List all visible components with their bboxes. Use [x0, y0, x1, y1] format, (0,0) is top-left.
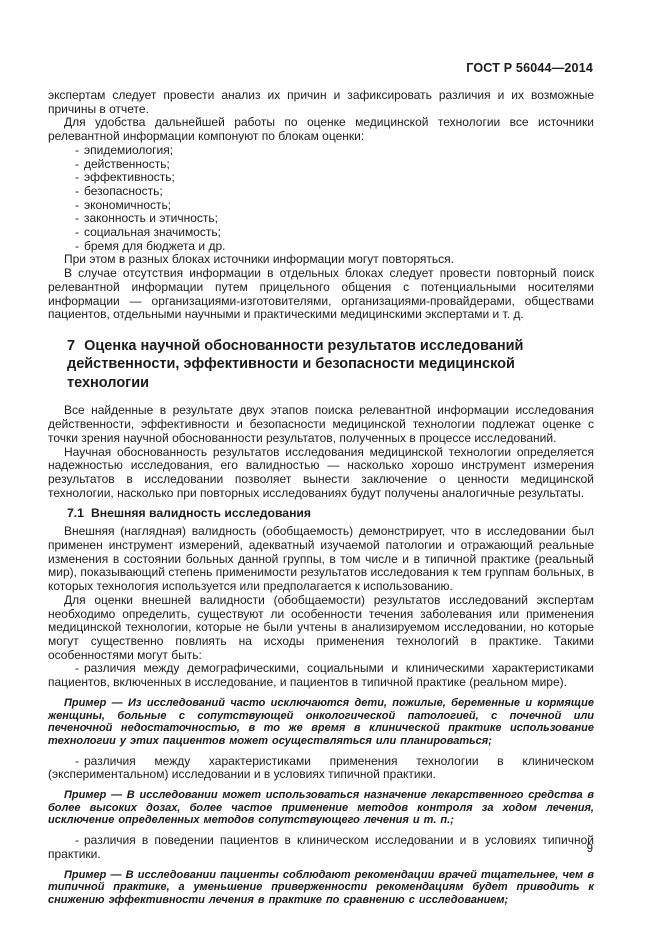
dash-marker: - — [75, 226, 79, 240]
section-title: Оценка научной обоснованности результато… — [67, 338, 523, 391]
list-item-text: законность и этичность; — [84, 211, 218, 225]
section-number: 7.1 — [67, 506, 84, 520]
list-item: -социальная значимость; — [48, 226, 594, 240]
paragraph: экспертам следует провести анализ их при… — [48, 89, 594, 116]
list-item: -эффективность; — [48, 171, 594, 185]
bullet-text: различия в поведении пациентов в клиниче… — [48, 833, 594, 861]
bullet-text: различия между характеристиками применен… — [48, 754, 594, 782]
list-item-text: экономичность; — [84, 198, 171, 212]
paragraph: Внешняя (наглядная) валидность (обобщаем… — [48, 525, 594, 594]
section-7-heading: 7Оценка научной обоснованности результат… — [48, 337, 594, 393]
paragraph: Для удобства дальнейшей работы по оценке… — [48, 116, 594, 143]
example-note: Пример — В исследовании может использова… — [48, 789, 594, 827]
section-number: 7 — [67, 338, 75, 354]
dash-marker: - — [75, 144, 79, 158]
list-item: -законность и этичность; — [48, 212, 594, 226]
list-item: -эпидемиология; — [48, 144, 594, 158]
list-item-text: действенность; — [84, 157, 170, 171]
section-7-1-heading: 7.1Внешняя валидность исследования — [48, 506, 594, 521]
paragraph: В случае отсутствия информации в отдельн… — [48, 267, 594, 322]
dash-marker: - — [75, 834, 79, 848]
bullet-item: -различия между демографическими, социал… — [48, 662, 594, 689]
list-item: -экономичность; — [48, 199, 594, 213]
dash-marker: - — [75, 662, 79, 676]
paragraph: При этом в разных блоках источники инфор… — [48, 253, 594, 267]
bullet-text: различия между демографическими, социаль… — [48, 661, 594, 689]
dash-marker: - — [75, 755, 79, 769]
dash-marker: - — [75, 185, 79, 199]
list-item-text: социальная значимость; — [84, 225, 221, 239]
dash-marker: - — [75, 171, 79, 185]
list-item: -действенность; — [48, 158, 594, 172]
list-item-text: бремя для бюджета и др. — [84, 239, 225, 253]
bullet-item: -различия в поведении пациентов в клинич… — [48, 834, 594, 861]
page-content: экспертам следует провести анализ их при… — [48, 89, 594, 914]
list-item-text: безопасность; — [84, 184, 163, 198]
doc-number-header: ГОСТ Р 56044—2014 — [466, 61, 593, 75]
bullet-item: -различия между характеристиками примене… — [48, 755, 594, 782]
section-title: Внешняя валидность исследования — [91, 506, 311, 520]
dash-marker: - — [75, 240, 79, 254]
dash-marker: - — [75, 212, 79, 226]
assessment-blocks-list: -эпидемиология; -действенность; -эффекти… — [48, 144, 594, 254]
list-item: -безопасность; — [48, 185, 594, 199]
list-item-text: эффективность; — [84, 170, 175, 184]
paragraph: Научная обоснованность результатов иссле… — [48, 446, 594, 501]
example-note: Пример — Из исследований часто исключают… — [48, 697, 594, 748]
document-page: ГОСТ Р 56044—2014 экспертам следует пров… — [0, 0, 661, 936]
page-number: 9 — [587, 843, 593, 855]
list-item-text: эпидемиология; — [84, 143, 173, 157]
dash-marker: - — [75, 158, 79, 172]
paragraph: Для оценки внешней валидности (обобщаемо… — [48, 594, 594, 663]
paragraph: Все найденные в результате двух этапов п… — [48, 404, 594, 445]
dash-marker: - — [75, 199, 79, 213]
list-item: -бремя для бюджета и др. — [48, 240, 594, 254]
example-note: Пример — В исследовании пациенты соблюда… — [48, 869, 594, 907]
